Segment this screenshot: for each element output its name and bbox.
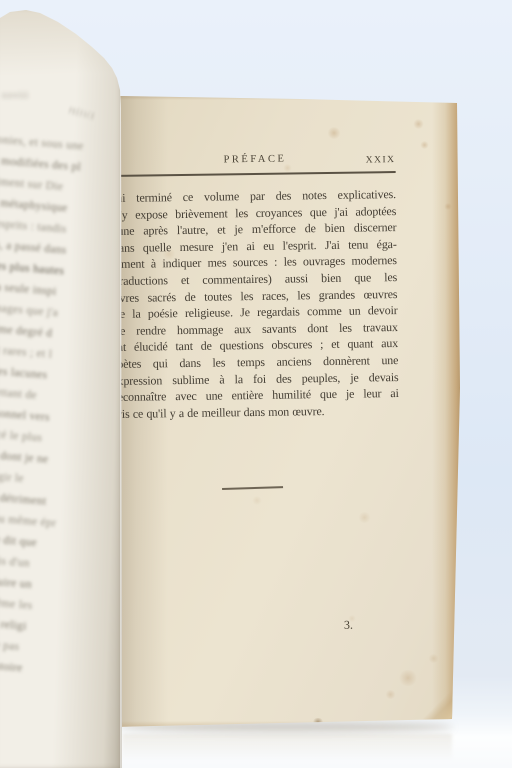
- page-fore-edge: [432, 88, 465, 735]
- page-corner-curl: [418, 686, 464, 728]
- section-separator: [222, 486, 283, 489]
- foxing-spot: [420, 141, 429, 149]
- signature-mark: 3.: [121, 618, 353, 636]
- left-page-number-fragment: xxviii: [2, 90, 29, 100]
- left-page-curled: xxviii PRÉFACE érémonies, et sous une pe…: [0, 8, 124, 768]
- foxing-spot: [428, 654, 439, 663]
- paragraph-line: ris ce qu'il y a de meilleur dans mon œu…: [118, 402, 399, 423]
- foxing-spot: [444, 203, 452, 210]
- book-reflection: [122, 734, 452, 762]
- page-paragraph: 'ai terminé ce volume par des notes expl…: [115, 186, 399, 422]
- page-content: PRÉFACE XXIX 'ai terminé ce volume par d…: [113, 86, 403, 737]
- left-page-text: érémonies, et sous une peine modifiées d…: [0, 128, 124, 684]
- header-rule: [115, 171, 396, 176]
- right-page: PRÉFACE XXIX 'ai terminé ce volume par d…: [100, 88, 465, 735]
- foxing-spot: [413, 119, 424, 129]
- left-page-header-fragment: PRÉFACE: [68, 106, 96, 121]
- book-photo: PRÉFACE XXIX 'ai terminé ce volume par d…: [0, 0, 512, 768]
